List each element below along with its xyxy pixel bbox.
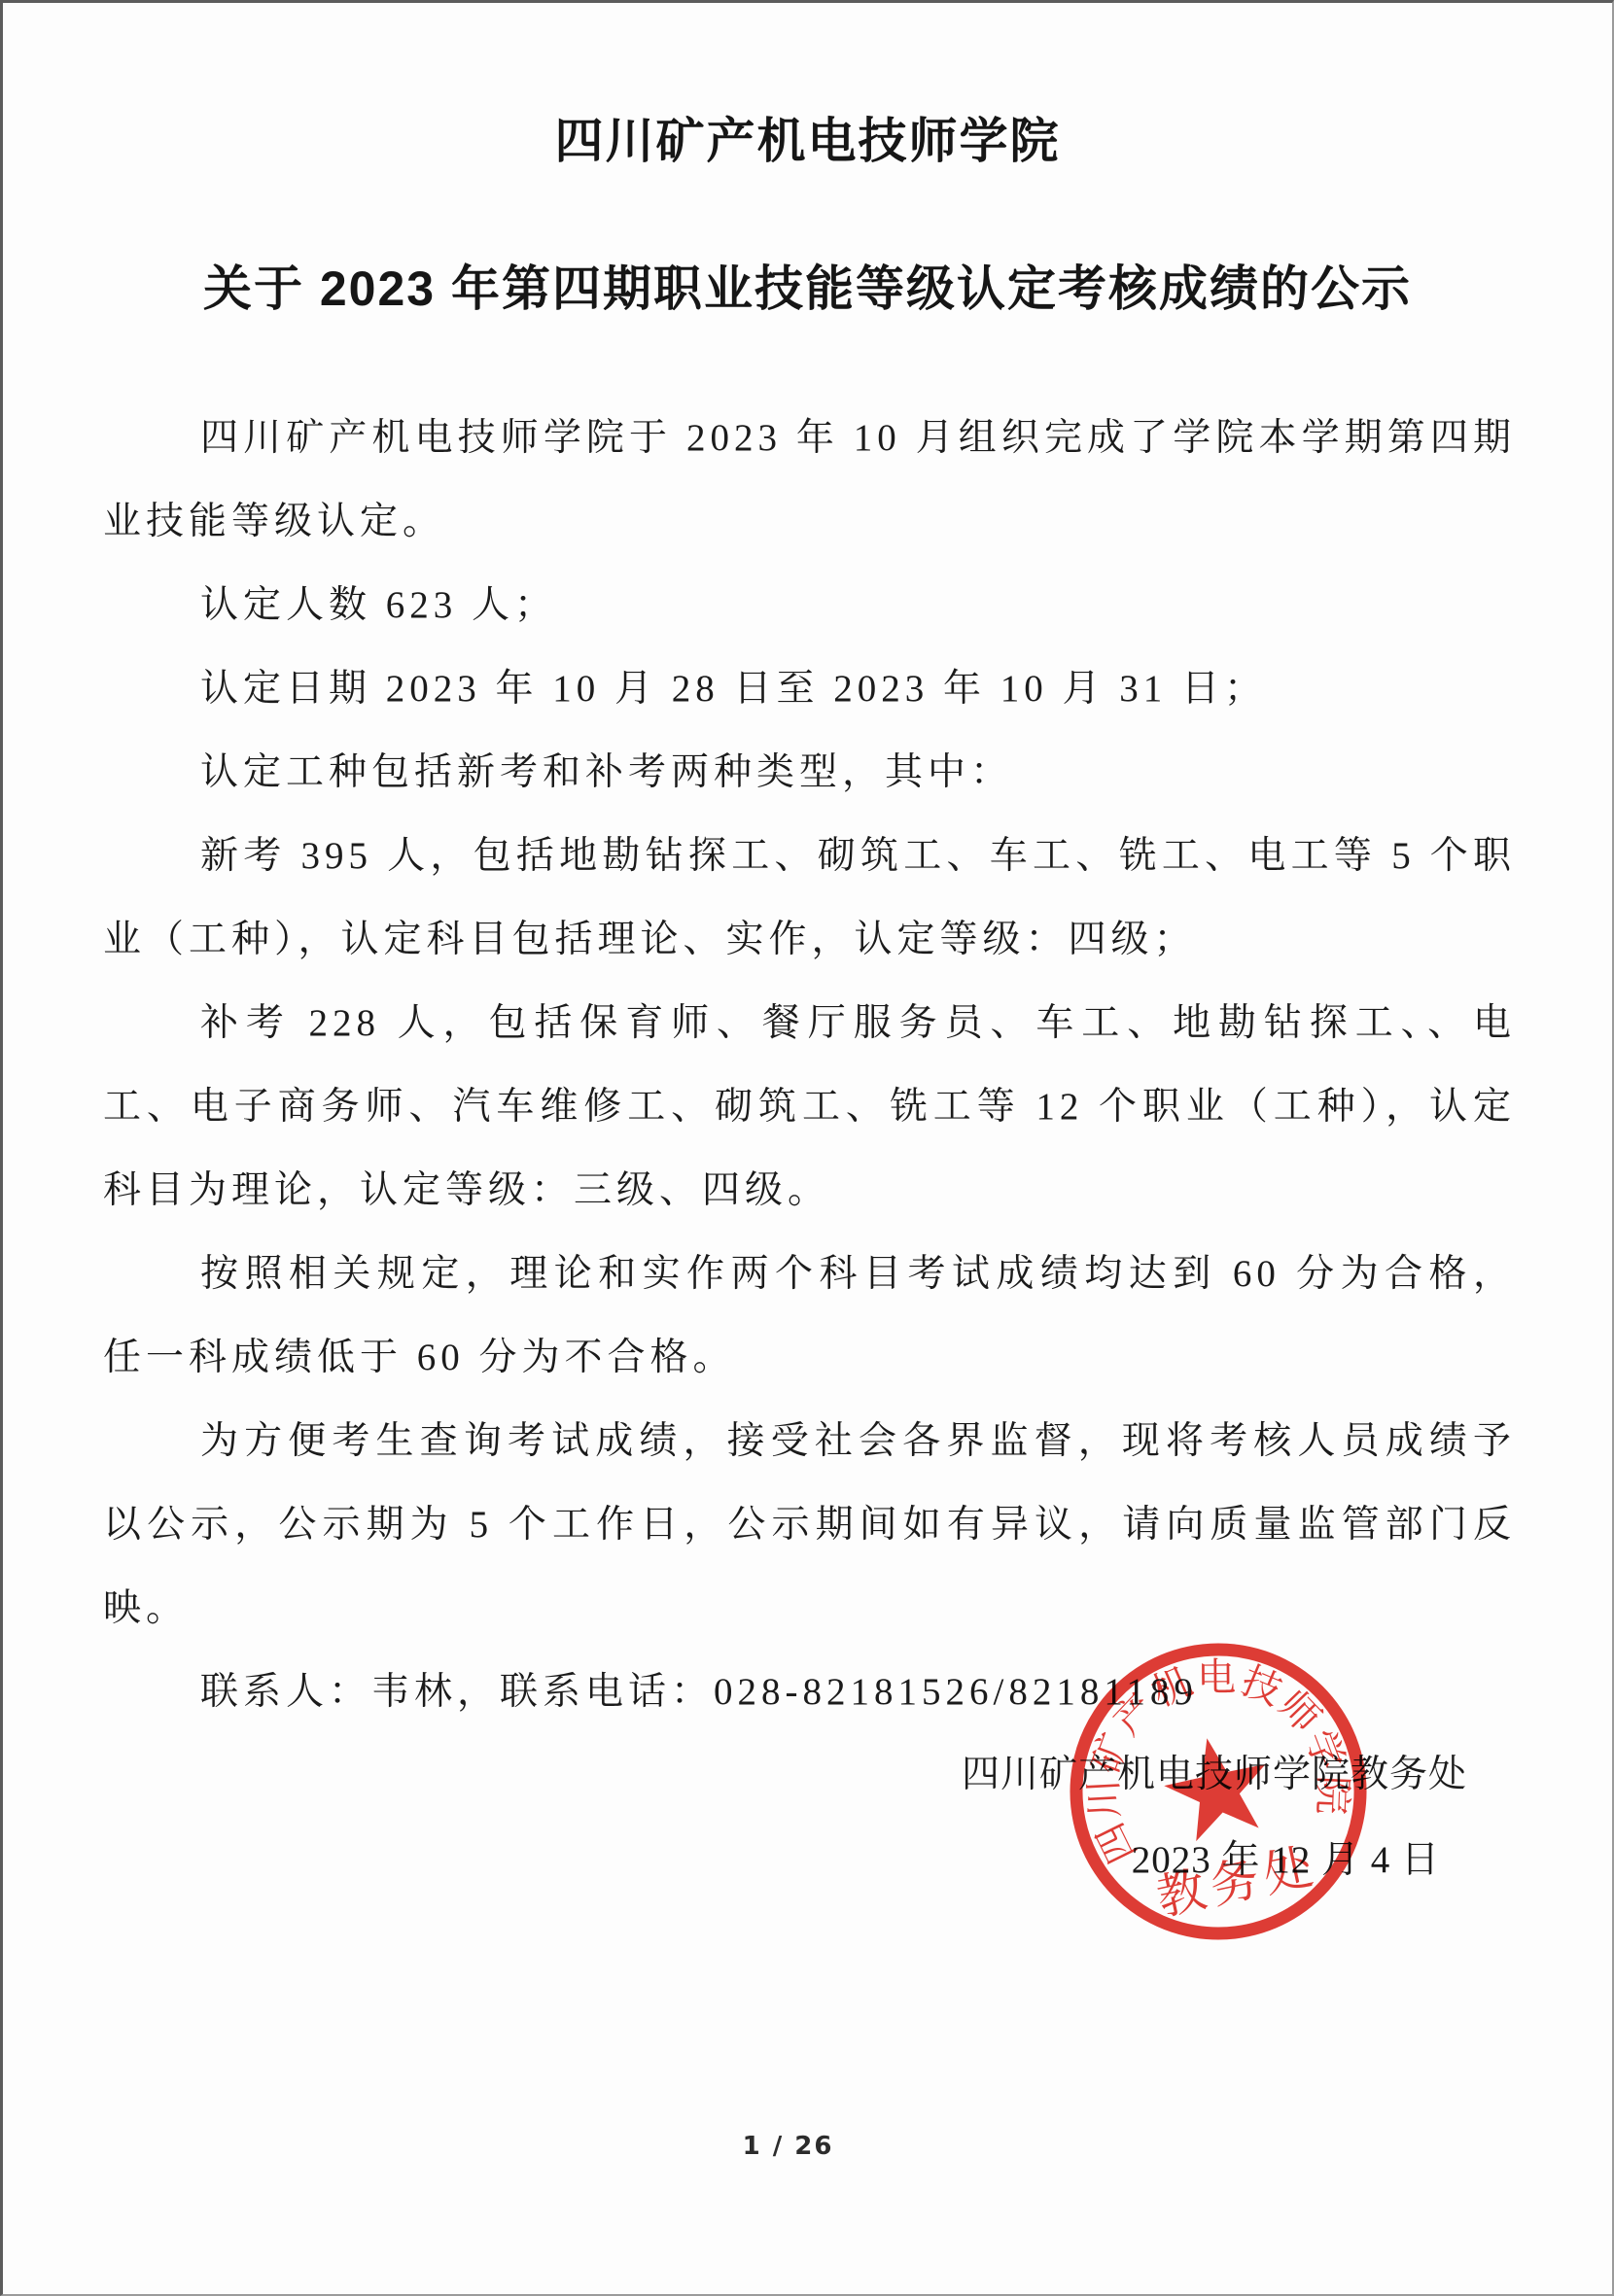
doc-subtitle: 关于 2023 年第四期职业技能等级认定考核成绩的公示 (3, 261, 1612, 316)
stamp-star-icon (1156, 1727, 1278, 1845)
body-paragraph: 按照相关规定，理论和实作两个科目考试成绩均达到 60 分为合格，任一科成绩低于 … (103, 1233, 1516, 1400)
document-page: 四川矿产机电技师学院 关于 2023 年第四期职业技能等级认定考核成绩的公示 四… (0, 0, 1614, 2296)
official-seal-stamp: 四川矿产机电技师学院 教务处 (1058, 1631, 1379, 1952)
body-paragraph: 补考 228 人，包括保育师、餐厅服务员、车工、地勘钻探工、、电工、电子商务师、… (103, 982, 1516, 1233)
body-paragraph: 四川矿产机电技师学院于 2023 年 10 月组织完成了学院本学期第四期业技能等… (103, 397, 1516, 564)
body-paragraph: 新考 395 人，包括地勘钻探工、砌筑工、车工、铣工、电工等 5 个职业（工种）… (103, 815, 1516, 982)
body-paragraph: 为方便考生查询考试成绩，接受社会各界监督，现将考核人员成绩予以公示，公示期为 5… (103, 1400, 1516, 1651)
page-number: 1 / 26 (0, 2132, 1593, 2161)
document-body: 四川矿产机电技师学院于 2023 年 10 月组织完成了学院本学期第四期业技能等… (103, 397, 1516, 1734)
body-paragraph: 认定人数 623 人； (103, 564, 1516, 647)
body-paragraph: 认定日期 2023 年 10 月 28 日至 2023 年 10 月 31 日； (103, 647, 1516, 731)
body-paragraph: 认定工种包括新考和补考两种类型，其中： (103, 731, 1516, 815)
doc-title: 四川矿产机电技师学院 (3, 114, 1612, 168)
